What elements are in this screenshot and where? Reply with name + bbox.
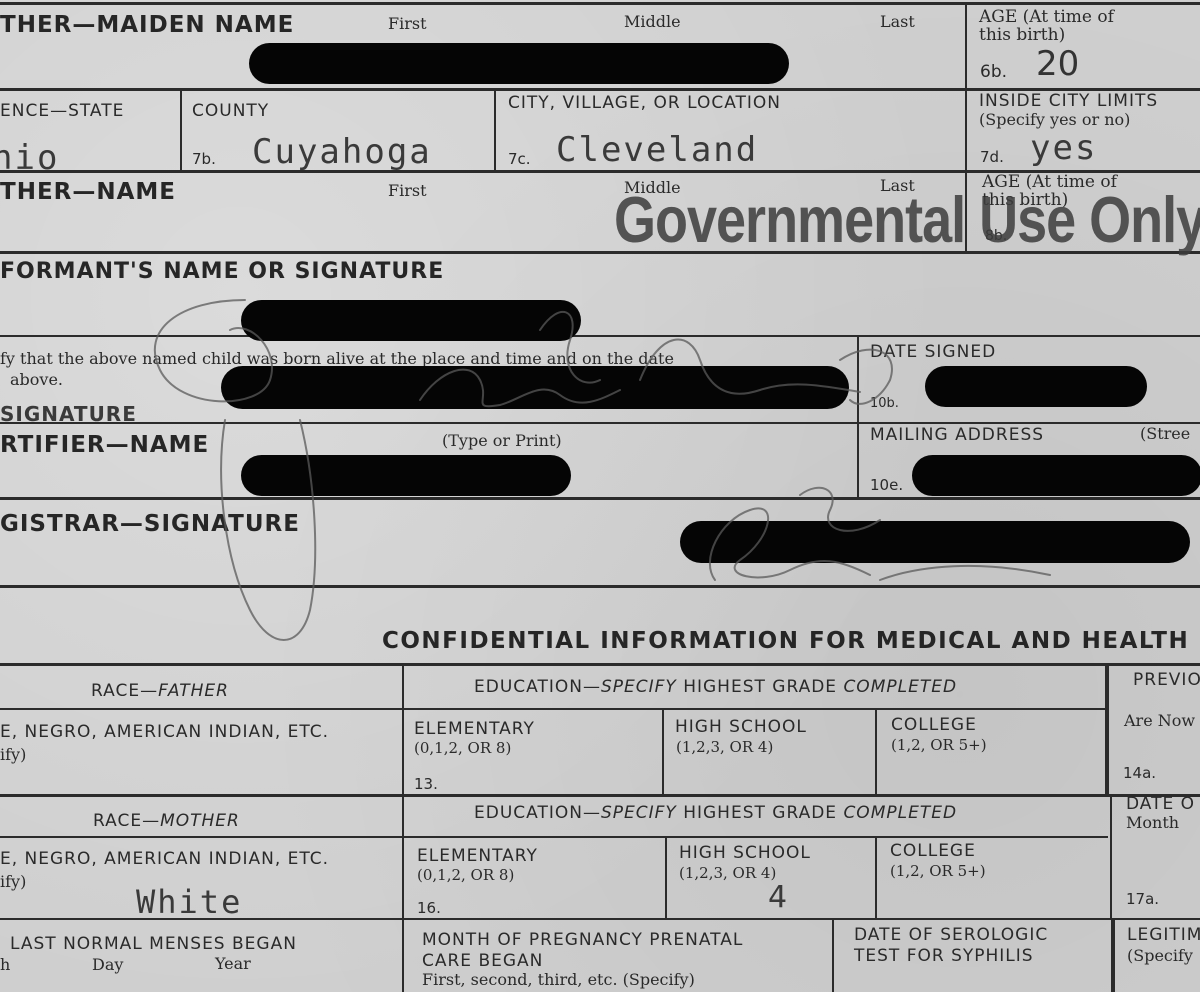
form-rule — [0, 663, 1200, 666]
father-college-label: COLLEGE — [891, 715, 977, 735]
form-rule-vertical — [1110, 794, 1112, 918]
race-mother-header-italic: MOTHER — [160, 811, 240, 831]
menses-year-label: Year — [215, 954, 251, 973]
mother-elementary-range: (0,1,2, OR 8) — [417, 867, 514, 884]
inside-city-hint: (Specify yes or no) — [979, 111, 1130, 128]
father-college-range: (1,2, OR 5+) — [891, 737, 987, 754]
father-high-school-label: HIGH SCHOOL — [675, 717, 807, 737]
previous-header: PREVIO — [1133, 670, 1200, 690]
governmental-use-only-stamp: Governmental Use Only — [614, 183, 1200, 257]
form-rule-vertical — [662, 708, 664, 794]
prenatal-hint: First, second, third, etc. (Specify) — [422, 970, 695, 989]
mother-age-field-number: 6b. — [980, 62, 1007, 82]
confidential-heading: CONFIDENTIAL INFORMATION FOR MEDICAL AND… — [382, 628, 1200, 654]
father-elementary-label: ELEMENTARY — [414, 719, 535, 739]
city-field-number: 7c. — [508, 150, 531, 168]
city-label: CITY, VILLAGE, OR LOCATION — [508, 93, 781, 113]
mother-age-label-line1: AGE (At time of — [979, 8, 1114, 26]
redacted-informant-name — [241, 300, 581, 341]
father-name-label: THER—NAME — [0, 179, 176, 205]
county-value: Cuyahoga — [252, 132, 432, 172]
race-mother-specify: ify) — [0, 872, 26, 891]
redacted-mother-maiden-name — [249, 43, 789, 84]
education-mother-header-rest: HIGHEST GRADE — [677, 803, 844, 823]
date-signed-field-number: 10b. — [870, 396, 899, 411]
race-father-specify: ify) — [0, 745, 26, 764]
mother-college-label: COLLEGE — [890, 841, 976, 861]
form-rule-vertical — [1111, 918, 1115, 992]
prenatal-label-line2: CARE BEGAN — [422, 951, 543, 971]
form-rule-vertical — [665, 836, 667, 918]
inside-city-value: yes — [1030, 128, 1097, 168]
education-father-header-italic2: COMPLETED — [843, 677, 957, 697]
city-value: Cleveland — [556, 130, 758, 170]
form-rule — [0, 794, 1200, 797]
form-rule-vertical — [402, 663, 404, 992]
menses-day-label: Day — [92, 955, 123, 974]
inside-city-label: INSIDE CITY LIMITS — [979, 91, 1158, 111]
mother-high-school-value: 4 — [768, 880, 787, 915]
race-father-header-italic: FATHER — [158, 681, 229, 701]
menses-label: LAST NORMAL MENSES BEGAN — [10, 934, 297, 954]
date-of-header: DATE O — [1126, 794, 1195, 814]
race-mother-header: RACE—MOTHER — [93, 811, 240, 831]
mother-last-label: Last — [880, 12, 915, 31]
informant-label: FORMANT'S NAME OR SIGNATURE — [0, 259, 444, 284]
legitimate-hint: (Specify — [1127, 946, 1193, 965]
serologic-label-line1: DATE OF SEROLOGIC — [854, 925, 1048, 945]
race-father-options: E, NEGRO, AMERICAN INDIAN, ETC. — [0, 722, 329, 742]
father-elementary-range: (0,1,2, OR 8) — [414, 740, 511, 757]
county-label: COUNTY — [192, 101, 269, 121]
mother-high-school-range: (1,2,3, OR 4) — [679, 865, 776, 882]
race-mother-value: White — [136, 883, 242, 921]
date-signed-label: DATE SIGNED — [870, 342, 996, 362]
race-father-header-text: RACE— — [91, 681, 158, 701]
redacted-certifier-name — [241, 455, 571, 496]
mother-maiden-name-label: THER—MAIDEN NAME — [0, 12, 294, 38]
race-father-header: RACE—FATHER — [91, 681, 229, 701]
inside-city-field-number: 7d. — [980, 148, 1004, 166]
form-rule — [0, 422, 1200, 424]
father-high-school-range: (1,2,3, OR 4) — [676, 739, 773, 756]
previous-are-now: Are Now — [1124, 711, 1195, 730]
redacted-certifier-signature — [221, 366, 849, 409]
mother-education-field-number: 16. — [417, 899, 441, 917]
date-of-month-label: Month — [1126, 813, 1179, 832]
education-father-header-rest: HIGHEST GRADE — [677, 677, 844, 697]
race-mother-options: E, NEGRO, AMERICAN INDIAN, ETC. — [0, 849, 329, 869]
certification-statement-line2: above. — [10, 370, 63, 389]
redacted-mailing-address — [912, 455, 1200, 496]
redacted-registrar-signature — [680, 521, 1190, 563]
prenatal-label-line1: MONTH OF PREGNANCY PRENATAL — [422, 930, 743, 950]
legitimate-label: LEGITIM — [1127, 925, 1200, 945]
serologic-label-line2: TEST FOR SYPHILIS — [854, 946, 1034, 966]
form-rule-vertical — [1105, 663, 1109, 794]
mother-age-label: AGE (At time of this birth) — [979, 8, 1114, 44]
form-rule — [0, 497, 1200, 500]
father-education-field-number: 13. — [414, 775, 438, 793]
registrar-signature-label: GISTRAR—SIGNATURE — [0, 511, 300, 537]
form-rule-vertical — [180, 88, 182, 170]
form-rule — [0, 2, 1200, 5]
form-rule-vertical — [875, 836, 877, 918]
certifier-name-label: RTIFIER—NAME — [0, 432, 209, 458]
residence-state-label-text: ENCE—STATE — [0, 101, 124, 121]
mother-age-value: 20 — [1036, 44, 1079, 84]
form-rule — [0, 836, 1108, 838]
residence-state-label: ENCE—STATE — [0, 101, 124, 121]
mother-middle-label: Middle — [624, 12, 681, 31]
form-rule-vertical — [832, 918, 834, 992]
mailing-address-label: MAILING ADDRESS — [870, 425, 1044, 445]
education-father-header-text: EDUCATION— — [474, 677, 601, 697]
education-mother-header-italic: SPECIFY — [601, 803, 677, 823]
menses-month-label: h — [0, 955, 10, 974]
mother-first-label: First — [388, 14, 427, 33]
date-of-field-number: 17a. — [1126, 890, 1159, 908]
education-mother-header: EDUCATION—SPECIFY HIGHEST GRADE COMPLETE… — [474, 803, 957, 823]
previous-field-number: 14a. — [1123, 764, 1156, 782]
form-rule-vertical — [857, 335, 859, 497]
father-first-label: First — [388, 181, 427, 200]
form-rule — [0, 708, 1108, 710]
county-field-number: 7b. — [192, 150, 216, 168]
education-father-header-italic: SPECIFY — [601, 677, 677, 697]
form-rule-vertical — [875, 708, 877, 794]
certifier-signature-label: SIGNATURE — [0, 402, 137, 426]
mailing-address-field-number: 10e. — [870, 476, 903, 494]
mother-age-label-line2: this birth) — [979, 26, 1114, 44]
education-father-header: EDUCATION—SPECIFY HIGHEST GRADE COMPLETE… — [474, 677, 957, 697]
mother-elementary-label: ELEMENTARY — [417, 846, 538, 866]
education-mother-header-italic2: COMPLETED — [843, 803, 957, 823]
form-rule — [0, 335, 1200, 337]
mailing-address-hint: (Stree — [1140, 424, 1190, 443]
form-rule-vertical — [494, 88, 496, 170]
residence-state-value: hio — [0, 138, 59, 178]
form-rule — [0, 585, 1200, 588]
type-or-print-hint: (Type or Print) — [442, 431, 562, 450]
education-mother-header-text: EDUCATION— — [474, 803, 601, 823]
redacted-date-signed — [925, 366, 1147, 407]
mother-high-school-label: HIGH SCHOOL — [679, 843, 811, 863]
mother-college-range: (1,2, OR 5+) — [890, 863, 986, 880]
race-mother-header-text: RACE— — [93, 811, 160, 831]
